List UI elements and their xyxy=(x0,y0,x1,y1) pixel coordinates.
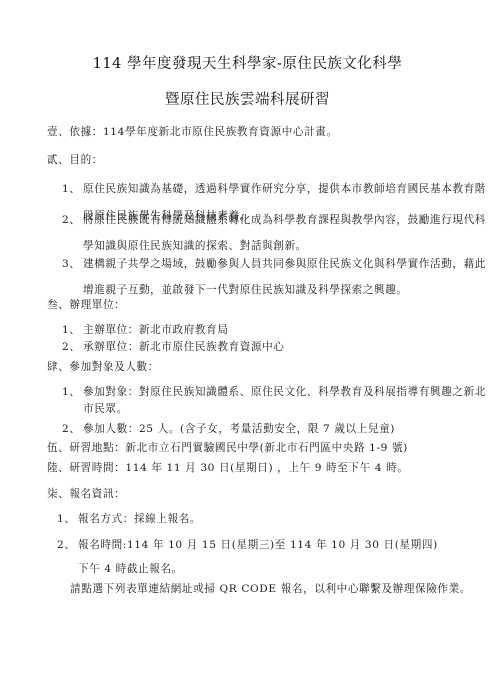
registration-note: 請點選下列表單連結網址或掃 QR CODE 報名，以利中心聯繫及辦理保險作業。 xyxy=(70,581,471,596)
purpose-item-2-line1: 將原住民族既有傳統知識體系轉化成為科學教育課程與教學內容，鼓勵進行現代科 xyxy=(83,212,486,227)
section-time-heading: 陸、研習時間：114 年 11 月 30 日(星期日) ，上午 9 時至下午 4… xyxy=(47,460,408,475)
purpose-item-1-line1: 原住民族知識為基礎，透過科學實作研究分享，提供本市教師培育國民基本教育階 xyxy=(83,181,486,196)
section-location-heading: 伍、研習地點：新北市立石門實驗國民中學(新北市石門區中央路 1-9 號) xyxy=(47,440,408,455)
document-title-line1: 114 學年度發現天生科學家-原住民族文化科學 xyxy=(0,52,495,73)
section-participants-heading: 肆、參加對象及人數： xyxy=(47,359,159,374)
section-basis-heading: 壹、依據：114學年度新北市原住民族教育資源中心計畫。 xyxy=(47,124,338,139)
registration-item-1-text: 報名方式：採線上報名。 xyxy=(78,511,201,526)
participant-item-2-line1: 參加人數：25 人。(含子女，考量活動安全，限 7 歲以上兒童) xyxy=(83,421,395,436)
organizer-item-1-text: 主辦單位：新北市政府教育局 xyxy=(83,322,229,337)
purpose-item-2-line2: 學知識與原住民族知識的探索、對話與創新。 xyxy=(83,238,307,253)
organizer-item-2-number: 2、 xyxy=(62,339,81,354)
section-purpose-heading: 貳、目的： xyxy=(47,152,103,167)
participant-item-1-line2: 市民眾。 xyxy=(83,401,128,416)
purpose-item-3-number: 3、 xyxy=(62,256,81,271)
registration-item-2-line1: 報名時間:114 年 10 月 15 日(星期三)至 114 年 10 月 30… xyxy=(78,537,438,552)
organizer-item-1-number: 1、 xyxy=(62,322,81,337)
purpose-item-2-number: 2、 xyxy=(62,212,81,227)
registration-item-2-line2: 下午 4 時截止報名。 xyxy=(78,561,183,576)
registration-item-2-number: 2、 xyxy=(57,537,76,552)
document-title-line2: 暨原住民族雲端科展研習 xyxy=(0,88,495,109)
purpose-item-1-number: 1、 xyxy=(62,181,81,196)
purpose-item-3-line2: 增進親子互動，並啟發下一代對原住民族知識及科學探索之興趣。 xyxy=(83,282,408,297)
participant-item-1-line1: 參加對象：對原住民族知識體系、原住民文化、科學教育及科展指導有興趣之新北 xyxy=(83,384,486,399)
registration-item-1-number: 1、 xyxy=(57,511,76,526)
participant-item-1-number: 1、 xyxy=(62,384,81,399)
purpose-item-3-line1: 建構親子共學之場域，鼓勵參與人員共同參與原住民族文化與科學實作活動，藉此 xyxy=(83,256,486,271)
participant-item-2-number: 2、 xyxy=(62,421,81,436)
document-page: 114 學年度發現天生科學家-原住民族文化科學 暨原住民族雲端科展研習 壹、依據… xyxy=(0,0,495,700)
section-registration-heading: 柒、報名資訊： xyxy=(47,486,125,501)
section-organizers-heading: 叁、辦理單位： xyxy=(47,297,125,312)
organizer-item-2-text: 承辦單位：新北市原住民族教育資源中心 xyxy=(83,339,285,354)
